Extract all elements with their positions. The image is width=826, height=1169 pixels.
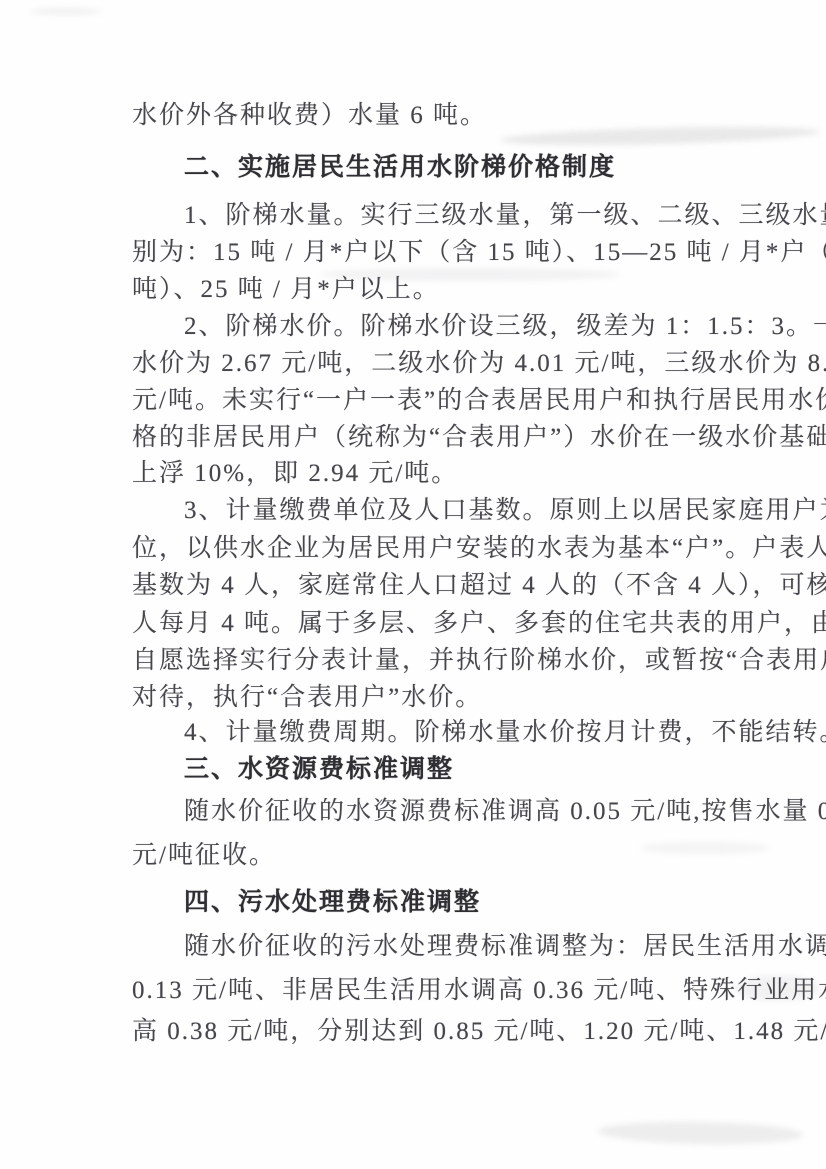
text-line: 水价外各种收费）水量 6 吨。 — [132, 99, 487, 133]
scan-smudge — [598, 1120, 803, 1146]
section-heading-two: 二、实施居民生活用水阶梯价格制度 — [184, 151, 616, 185]
text-line: 人每月 4 吨。属于多层、多户、多套的住宅共表的用户，由用户 — [132, 607, 826, 641]
section-heading-three: 三、水资源费标准调整 — [184, 753, 454, 787]
text-line-paragraph-start: 4、计量缴费周期。阶梯水量水价按月计费，不能结转。 — [184, 716, 826, 750]
text-line: 格的非居民用户（统称为“合表用户”）水价在一级水价基础上 — [132, 421, 826, 455]
scan-smudge — [30, 8, 102, 15]
text-line: 别为：15 吨 / 月*户以下（含 15 吨）、15—25 吨 / 月*户（含 … — [132, 236, 826, 270]
section-heading-four: 四、污水处理费标准调整 — [184, 886, 481, 920]
text-line-paragraph-start: 2、阶梯水价。阶梯水价设三级，级差为 1：1.5：3。一级 — [184, 310, 826, 344]
text-line: 元/吨。未实行“一户一表”的合表居民用户和执行居民用水价 — [132, 384, 826, 418]
text-line-paragraph-start: 随水价征收的水资源费标准调高 0.05 元/吨,按售水量 0.08 — [184, 795, 826, 829]
text-line-paragraph-start: 随水价征收的污水处理费标准调整为：居民生活用水调高 — [184, 930, 826, 964]
text-line: 上浮 10%，即 2.94 元/吨。 — [132, 457, 458, 491]
text-line: 水价为 2.67 元/吨，二级水价为 4.01 元/吨，三级水价为 8.01 — [132, 347, 826, 381]
document-page: 水价外各种收费）水量 6 吨。 二、实施居民生活用水阶梯价格制度 1、阶梯水量。… — [0, 0, 826, 1169]
scan-smudge — [640, 842, 770, 854]
text-line: 位，以供水企业为居民用户安装的水表为基本“户”。户表人口 — [132, 532, 826, 566]
text-line-paragraph-start: 3、计量缴费单位及人口基数。原则上以居民家庭用户为单 — [184, 494, 826, 528]
text-line: 吨）、25 吨 / 月*户以上。 — [132, 273, 440, 307]
text-line: 元/吨征收。 — [132, 839, 276, 873]
scan-smudge — [500, 124, 820, 148]
text-line: 基数为 4 人，家庭常住人口超过 4 人的（不含 4 人），可核增每 — [132, 569, 826, 603]
text-line: 对待，执行“合表用户”水价。 — [132, 681, 482, 715]
text-line: 高 0.38 元/吨，分别达到 0.85 元/吨、1.20 元/吨、1.48 元… — [132, 1015, 826, 1049]
text-line: 0.13 元/吨、非居民生活用水调高 0.36 元/吨、特殊行业用水调 — [132, 974, 826, 1008]
text-line-paragraph-start: 1、阶梯水量。实行三级水量，第一级、二级、三级水量分 — [184, 199, 826, 233]
text-line: 自愿选择实行分表计量，并执行阶梯水价，或暂按“合表用户” — [132, 644, 826, 678]
